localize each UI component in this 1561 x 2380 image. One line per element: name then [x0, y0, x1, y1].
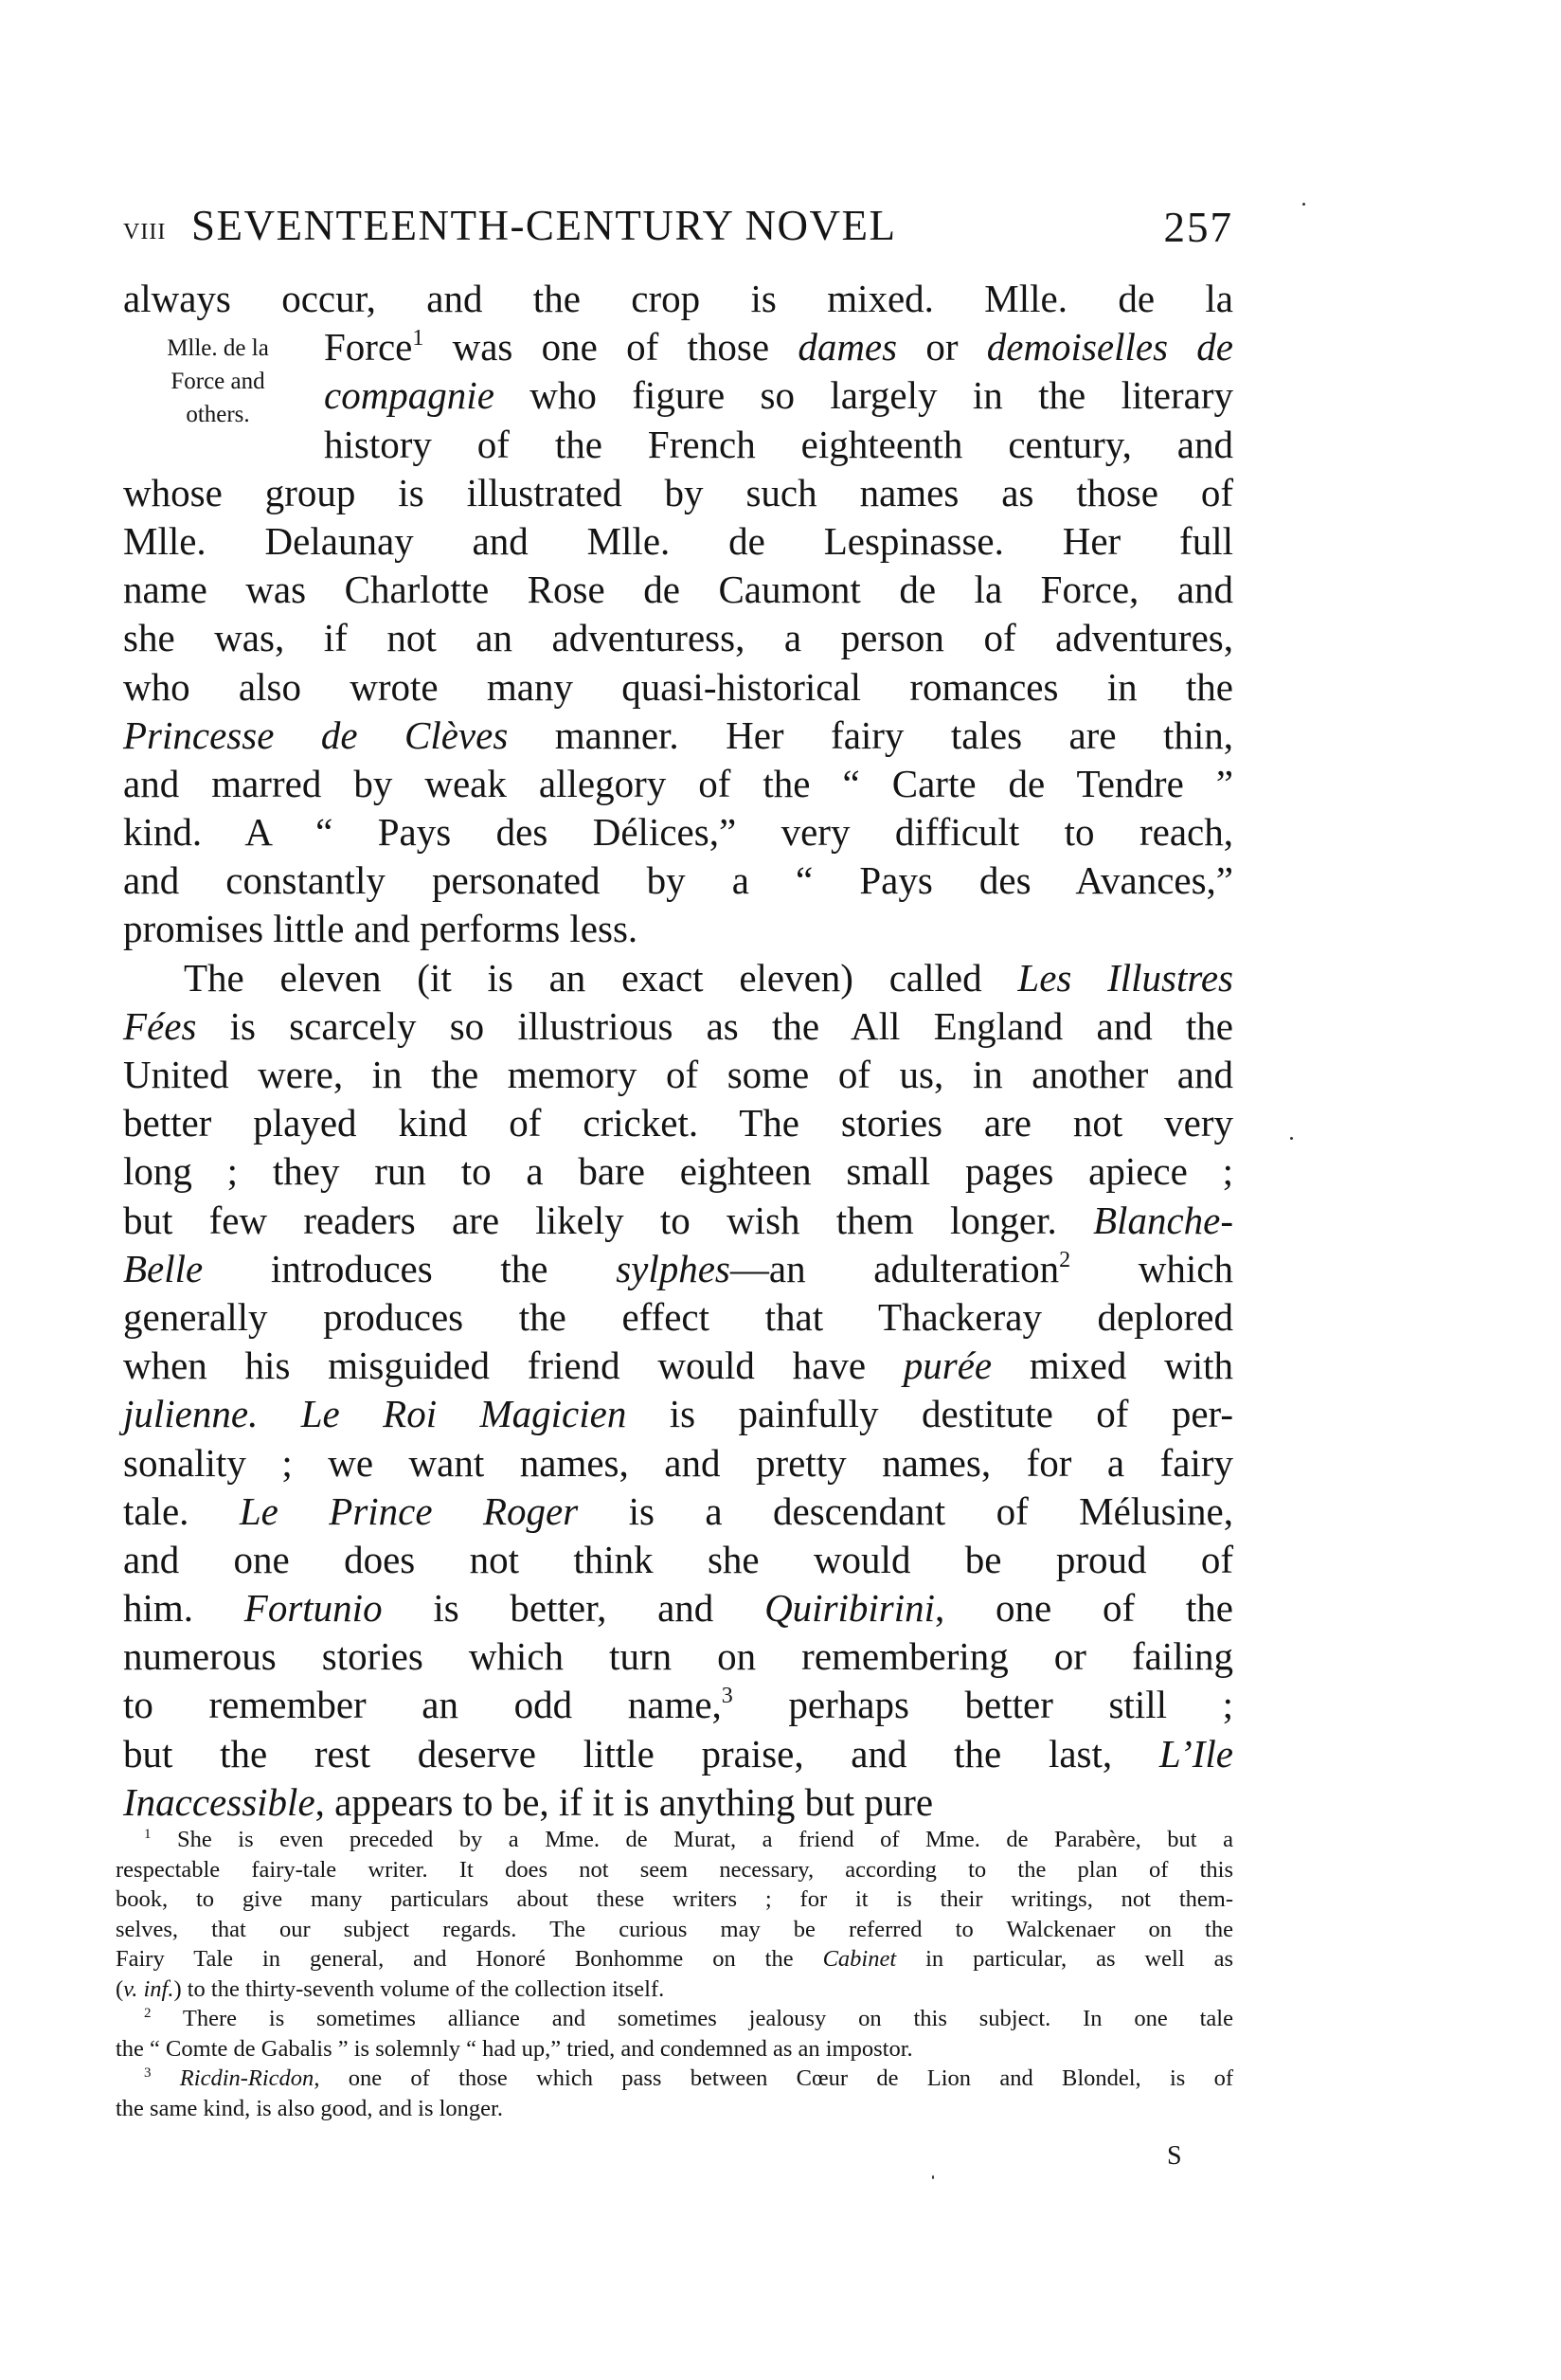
text-line: and constantly personated by a “ Pays de…	[123, 856, 1233, 905]
text-run: (	[116, 1976, 123, 2002]
text-run: long ; they run to a bare eighteen small…	[123, 1149, 1233, 1193]
footnote-ref: 3	[722, 1684, 733, 1708]
text-run: but the rest deserve little praise, and …	[123, 1732, 1159, 1776]
text-run: kind. A “ Pays des Délices,” very diffic…	[123, 810, 1233, 854]
footnotes: 1 She is even preceded by a Mme. de Mura…	[116, 1825, 1233, 2123]
italic-title: Les Illustres	[1017, 956, 1233, 1000]
text-run: and one does not think she would be prou…	[123, 1538, 1233, 1581]
text-line: Belle introduces the sylphes—an adultera…	[123, 1245, 1233, 1293]
signature-mark: S	[1167, 2141, 1182, 2172]
text-line: to remember an odd name,3 perhaps better…	[123, 1681, 1233, 1729]
text-line: who also wrote many quasi-historical rom…	[123, 663, 1233, 712]
footnote-ref: 1	[144, 1827, 152, 1842]
running-title: SEVENTEENTH-CENTURY NOVEL	[191, 201, 897, 250]
text-run: There is sometimes alliance and sometime…	[152, 2006, 1234, 2031]
book-page: VIII SEVENTEENTH-CENTURY NOVEL 257 Mlle.…	[0, 0, 1561, 2380]
italic-title: L’Ile	[1159, 1732, 1233, 1776]
italic-title: Belle	[123, 1247, 203, 1290]
text-run: sonality ; we want names, and pretty nam…	[123, 1441, 1233, 1485]
italic-title: dames	[798, 325, 897, 369]
text-run: —an adulteration	[730, 1247, 1059, 1290]
text-run: book, to give many particulars about the…	[116, 1886, 1233, 1912]
footnote-line: selves, that our subject regards. The cu…	[116, 1915, 1233, 1945]
footnote-line: 1 She is even preceded by a Mme. de Mura…	[116, 1825, 1233, 1855]
footnote-line: Fairy Tale in general, and Honoré Bonhom…	[116, 1944, 1233, 1974]
text-line: name was Charlotte Rose de Caumont de la…	[123, 566, 1233, 614]
text-run: but few readers are likely to wish them …	[123, 1199, 1093, 1242]
italic-title: Fées	[123, 1004, 196, 1048]
text-line: generally produces the effect that Thack…	[123, 1293, 1233, 1342]
text-line: tale. Le Prince Roger is a descendant of…	[123, 1487, 1233, 1536]
text-line: kind. A “ Pays des Délices,” very diffic…	[123, 808, 1233, 856]
italic-title: Quiribirini	[764, 1586, 935, 1630]
footnote-ref: 2	[144, 2006, 152, 2021]
text-run: respectable fairy-tale writer. It does n…	[116, 1857, 1233, 1883]
footnote-line: respectable fairy-tale writer. It does n…	[116, 1855, 1233, 1885]
text-line: history of the French eighteenth century…	[324, 421, 1233, 469]
text-run: in particular, as well as	[896, 1946, 1233, 1972]
text-run: tale.	[123, 1489, 240, 1533]
italic-title: demoiselles de	[987, 325, 1233, 369]
text-line: whose group is illustrated by such names…	[123, 469, 1233, 517]
italic-title: Ricdin-Ricdon	[180, 2065, 314, 2091]
paper-speck	[932, 2175, 934, 2179]
text-run: better played kind of cricket. The stori…	[123, 1101, 1233, 1145]
text-run: , one of the	[935, 1586, 1233, 1630]
footnote-ref: 1	[412, 326, 423, 351]
text-run: perhaps better still ;	[733, 1683, 1233, 1726]
text-run	[258, 1392, 300, 1435]
text-line: long ; they run to a bare eighteen small…	[123, 1147, 1233, 1196]
text-run: numerous stories which turn on rememberi…	[123, 1634, 1233, 1678]
text-line: The eleven (it is an exact eleven) calle…	[123, 954, 1233, 1002]
text-run: , appears to be, if it is anything but p…	[315, 1780, 933, 1824]
footnote-ref: 3	[144, 2065, 152, 2081]
text-line: Mlle. Delaunay and Mlle. de Lespinasse. …	[123, 517, 1233, 566]
footnote-line: the same kind, is also good, and is long…	[116, 2094, 1233, 2124]
text-run: name was Charlotte Rose de Caumont de la…	[123, 568, 1233, 611]
text-run: who also wrote many quasi-historical rom…	[123, 665, 1233, 709]
text-run: is a descendant of Mélusine,	[578, 1489, 1233, 1533]
text-line: compagnie who figure so largely in the l…	[324, 371, 1233, 420]
italic-title: Fortunio	[244, 1586, 383, 1630]
text-run: , one of those which pass between Cœur d…	[314, 2065, 1233, 2091]
text-line: promises little and performs less.	[123, 905, 1233, 953]
text-run: manner. Her fairy tales are thin,	[508, 713, 1233, 757]
text-run: is painfully destitute of per-	[626, 1392, 1233, 1435]
text-run: selves, that our subject regards. The cu…	[116, 1917, 1233, 1942]
text-run: The eleven (it is an exact eleven) calle…	[184, 956, 1017, 1000]
footnote-line: (v. inf.) to the thirty-seventh volume o…	[116, 1974, 1233, 2005]
text-run: Fairy Tale in general, and Honoré Bonhom…	[116, 1946, 823, 1972]
text-line: but the rest deserve little praise, and …	[123, 1730, 1233, 1778]
text-run: or	[897, 325, 987, 369]
text-run: She is even preceded by a Mme. de Murat,…	[152, 1827, 1234, 1852]
italic-title: compagnie	[324, 373, 494, 417]
text-run: is scarcely so illustrious as the All En…	[196, 1004, 1233, 1048]
text-line: always occur, and the crop is mixed. Mll…	[123, 275, 1233, 323]
text-run: promises little and performs less.	[123, 907, 637, 950]
text-run: the “ Comte de Gabalis ” is solemnly “ h…	[116, 2036, 913, 2062]
italic-title: Inaccessible	[123, 1780, 315, 1824]
text-line: julienne. Le Roi Magicien is painfully d…	[123, 1390, 1233, 1438]
text-run: to remember an odd name,	[123, 1683, 722, 1726]
text-run: Mlle. Delaunay and Mlle. de Lespinasse. …	[123, 519, 1233, 563]
text-line: United were, in the memory of some of us…	[123, 1051, 1233, 1099]
text-line: Princesse de Clèves manner. Her fairy ta…	[123, 712, 1233, 760]
italic-title: Cabinet	[823, 1946, 897, 1972]
italic-title: Princesse de Clèves	[123, 713, 508, 757]
footnote-line: 2 There is sometimes alliance and someti…	[116, 2004, 1233, 2034]
paper-speck	[1302, 203, 1305, 206]
text-run: and constantly personated by a “ Pays de…	[123, 858, 1233, 902]
italic-title: v. inf.	[123, 1976, 173, 2002]
text-run: the same kind, is also good, and is long…	[116, 2096, 503, 2121]
text-line: when his misguided friend would have pur…	[123, 1342, 1233, 1390]
text-run: United were, in the memory of some of us…	[123, 1053, 1233, 1096]
italic-title: Le Roi Magicien	[301, 1392, 627, 1435]
footnote-line: the “ Comte de Gabalis ” is solemnly “ h…	[116, 2034, 1233, 2064]
text-run: was one of those	[423, 325, 798, 369]
text-run: generally produces the effect that Thack…	[123, 1295, 1233, 1339]
text-line: and marred by weak allegory of the “ Car…	[123, 760, 1233, 808]
text-line: Fées is scarcely so illustrious as the A…	[123, 1002, 1233, 1051]
text-run: when his misguided friend would have	[123, 1343, 904, 1387]
text-run: which	[1070, 1247, 1233, 1290]
text-line: Force1 was one of those dames or demoise…	[324, 323, 1233, 371]
text-run: him.	[123, 1586, 244, 1630]
text-run: whose group is illustrated by such names…	[123, 471, 1233, 514]
text-run: and marred by weak allegory of the “ Car…	[123, 762, 1233, 805]
text-run: history of the French eighteenth century…	[324, 423, 1233, 466]
text-run: is better, and	[383, 1586, 764, 1630]
running-header: VIII SEVENTEENTH-CENTURY NOVEL 257	[123, 201, 1233, 258]
text-run: she was, if not an adventuress, a person…	[123, 616, 1233, 659]
text-run	[152, 2065, 180, 2091]
text-line: him. Fortunio is better, and Quiribirini…	[123, 1584, 1233, 1632]
chapter-number: VIII	[123, 220, 166, 245]
page-number: 257	[1164, 203, 1234, 252]
italic-title: julienne.	[123, 1392, 258, 1435]
text-line: numerous stories which turn on rememberi…	[123, 1632, 1233, 1681]
text-run: introduces the	[203, 1247, 616, 1290]
text-run: always occur, and the crop is mixed. Mll…	[123, 277, 1233, 320]
footnote-line: 3 Ricdin-Ricdon, one of those which pass…	[116, 2064, 1233, 2094]
main-text: always occur, and the crop is mixed. Mll…	[123, 275, 1233, 1827]
italic-title: purée	[904, 1343, 992, 1387]
text-run: Force	[324, 325, 412, 369]
text-run: ) to the thirty-seventh volume of the co…	[173, 1976, 664, 2002]
footnote-line: book, to give many particulars about the…	[116, 1884, 1233, 1915]
italic-title: Le Prince Roger	[240, 1489, 578, 1533]
footnote-ref: 2	[1059, 1248, 1070, 1272]
text-run: mixed with	[992, 1343, 1233, 1387]
text-line: better played kind of cricket. The stori…	[123, 1099, 1233, 1147]
text-line: and one does not think she would be prou…	[123, 1536, 1233, 1584]
text-line: she was, if not an adventuress, a person…	[123, 614, 1233, 662]
text-line: but few readers are likely to wish them …	[123, 1197, 1233, 1245]
text-run: who figure so largely in the literary	[494, 373, 1233, 417]
text-line: Inaccessible, appears to be, if it is an…	[123, 1778, 1233, 1827]
italic-title: sylphes	[616, 1247, 730, 1290]
paper-speck	[1290, 1137, 1293, 1140]
text-line: sonality ; we want names, and pretty nam…	[123, 1439, 1233, 1487]
italic-title: Blanche-	[1093, 1199, 1233, 1242]
